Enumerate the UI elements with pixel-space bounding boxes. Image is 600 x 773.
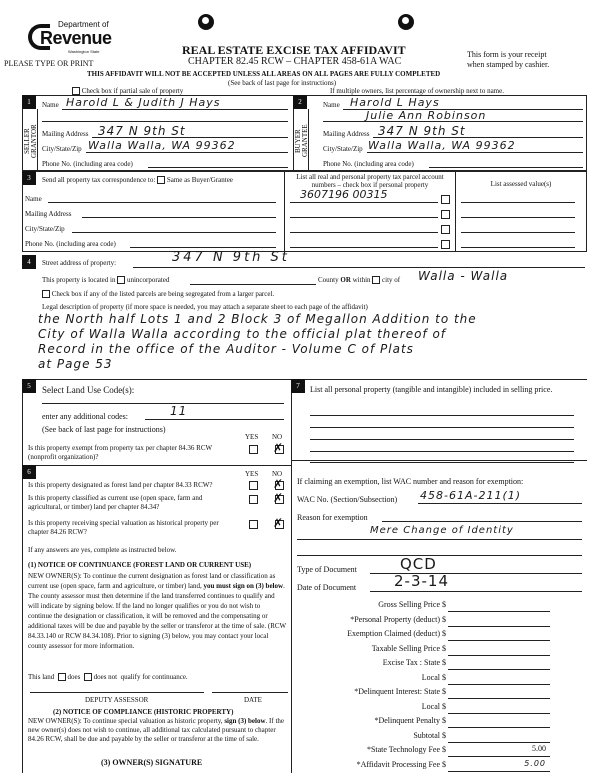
forest-no-check-icon: ✗ [273, 477, 283, 491]
fee-label: Exemption Claimed (deduct) [347, 629, 440, 638]
seller-name-value: Harold L & Judith J Hays [66, 96, 221, 109]
does-not-label: does not [94, 673, 118, 681]
this-land-label: This land [28, 673, 54, 681]
type-or-print: PLEASE TYPE OR PRINT [4, 59, 93, 68]
section-2-number: 2 [293, 95, 307, 109]
buyer-name-value: Harold L Hays [350, 96, 440, 109]
buyer-side-label: BUYER GRANTEE [293, 109, 309, 171]
fee-value: 5.00 [532, 744, 546, 753]
parcel-field-3[interactable] [290, 224, 438, 233]
county-field[interactable] [190, 275, 316, 285]
doc-date-value: 2-3-14 [394, 572, 449, 590]
buyer-phone-label: Phone No. (including area code) [323, 160, 414, 168]
correspondence-label: Send all property tax correspondence to: [42, 176, 155, 184]
historical-no-check-icon: ✗ [273, 516, 283, 530]
dor-logo: Department of Revenue Washington State [28, 20, 118, 54]
exempt-no-check-icon: ✗ [273, 441, 283, 455]
deputy-signature-line[interactable] [30, 692, 204, 693]
multiple-owners-note: If multiple owners, list percentage of o… [330, 87, 504, 95]
wac-label: WAC No. (Section/Subsection) [297, 495, 397, 504]
fee-row: Local$ [300, 700, 560, 714]
buyer-phone-field[interactable] [429, 158, 583, 168]
street-value: 347 N 9th St [172, 250, 290, 265]
seller-city-value: Walla Walla, WA 99362 [88, 139, 236, 152]
wac-value: 458-61A-211(1) [420, 489, 521, 502]
dollar-sign: $ [442, 629, 446, 638]
buyer-mailing-value: 347 N 9th St [378, 124, 466, 138]
section-4-number: 4 [22, 255, 36, 269]
parcel-col-divider [284, 171, 285, 252]
buyer-name-value-2: Julie Ann Robinson [366, 109, 486, 122]
buyer-mailing-label: Mailing Address [323, 130, 369, 138]
personal-property-line-1[interactable] [310, 408, 574, 416]
personal-property-line-4[interactable] [310, 444, 574, 452]
partial-sale-label: Check box if partial sale of property [82, 87, 183, 95]
doc-type-value: QCD [400, 555, 437, 573]
seller-mailing-label: Mailing Address [42, 130, 88, 138]
deputy-date-line[interactable] [212, 692, 288, 693]
fee-field[interactable] [448, 771, 550, 772]
parcel-value-1: 3607196 00315 [300, 188, 387, 201]
dollar-sign: $ [442, 760, 446, 769]
lower-frame-middle [291, 379, 292, 773]
county-label: County [318, 276, 339, 284]
parcel-field-4[interactable] [290, 239, 438, 248]
location-row: This property is located in unincorporat… [42, 276, 169, 284]
exempt-question: Is this property exempt from property ta… [28, 444, 228, 462]
form-chapter: CHAPTER 82.45 RCW – CHAPTER 458-61A WAC [188, 56, 401, 67]
seller-city-label: City/State/Zip [42, 145, 82, 153]
parcel-header-1: List all real and personal property tax … [287, 173, 453, 181]
deputy-date-label: DATE [244, 696, 262, 704]
doc-date-label: Date of Document [297, 583, 356, 592]
punch-hole-right [398, 14, 414, 30]
continuance-row: This land does does not qualify for cont… [28, 673, 188, 681]
correspondence-header: Send all property tax correspondence to:… [42, 176, 233, 184]
qualify-label: qualify for continuance. [121, 673, 188, 681]
fee-row: Taxable Selling Price$ [300, 642, 560, 656]
notice-2-body-bold: sign (3) below [224, 717, 265, 725]
assessed-field-1[interactable] [461, 194, 575, 203]
lower-frame-left [22, 379, 23, 773]
current-use-question: Is this property classified as current u… [28, 494, 233, 512]
parcel-personal-checkbox-1[interactable] [441, 195, 450, 204]
personal-property-line-5[interactable] [310, 455, 574, 463]
fee-row: *State Technology Fee$5.00 [300, 743, 560, 757]
dollar-sign: $ [442, 658, 446, 667]
historical-question: Is this property receiving special valua… [28, 519, 233, 537]
city-of-checkbox[interactable] [372, 276, 380, 284]
doc-type-label: Type of Document [297, 565, 357, 574]
corr-city-field[interactable] [72, 224, 276, 233]
fee-row: *Delinquent Interest: State$ [300, 685, 560, 699]
section-7-number: 7 [291, 379, 305, 393]
instructions-note: (See back of last page for instructions) [228, 79, 336, 87]
buyer-name-label: Name [323, 101, 340, 109]
fee-value: 5.00 [524, 759, 546, 768]
designation-yes-header: YES [245, 470, 258, 478]
personal-property-line-2[interactable] [310, 420, 574, 428]
city-of-value: Walla - Walla [418, 269, 508, 283]
assessed-field-3[interactable] [461, 224, 575, 233]
notice-2-body-a: NEW OWNER(S): To continue special valuat… [28, 717, 224, 725]
fee-row: Local$ [300, 671, 560, 685]
assessed-field-4[interactable] [461, 239, 575, 248]
corr-phone-field[interactable] [130, 239, 276, 248]
section-3-number: 3 [22, 171, 36, 185]
parcel-personal-checkbox-2[interactable] [441, 210, 450, 219]
land-use-instructions: (See back of last page for instructions) [42, 425, 166, 434]
section-1-number: 1 [22, 95, 36, 109]
corr-city-label: City/State/Zip [25, 225, 65, 233]
fee-row: *Delinquent Penalty$ [300, 714, 560, 728]
owner-signature-title: (3) OWNER(S) SIGNATURE [101, 758, 202, 767]
fee-row: Subtotal$ [300, 729, 560, 743]
fee-label: *State Technology Fee [367, 745, 440, 754]
corr-mailing-label: Mailing Address [25, 210, 71, 218]
fee-label: Local [422, 702, 440, 711]
assessed-field-2[interactable] [461, 209, 575, 218]
notice-1-body-bold: you must sign on (3) below [204, 582, 284, 590]
exempt-no-header: NO [272, 433, 282, 441]
does-qualify-checkbox[interactable] [58, 673, 66, 681]
logo-state: Washington State [68, 49, 99, 54]
section-6-top [22, 465, 291, 466]
notice-2-title: (2) NOTICE OF COMPLIANCE (HISTORIC PROPE… [53, 708, 233, 716]
seller-name-label: Name [42, 101, 59, 109]
legal-line-3: Record in the office of the Auditor - Vo… [38, 342, 477, 357]
logo-name: Revenue [40, 28, 112, 49]
segregated-checkbox[interactable] [42, 290, 50, 298]
dollar-sign: $ [442, 600, 446, 609]
dollar-sign: $ [442, 716, 446, 725]
parcel-field-2[interactable] [290, 209, 438, 218]
forest-yes-checkbox[interactable] [249, 481, 258, 490]
notice-1-body: NEW OWNER(S): To continue the current de… [28, 571, 286, 651]
exempt-yes-header: YES [245, 433, 258, 441]
reason-field-3[interactable] [297, 546, 582, 556]
reason-value: Mere Change of Identity [370, 525, 514, 536]
same-as-buyer-label: Same as Buyer/Grantee [167, 176, 233, 184]
buyer-city-label: City/State/Zip [323, 145, 363, 153]
segregated-label: Check box if any of the listed parcels a… [52, 290, 274, 298]
within-label: within [353, 276, 371, 284]
parcel-personal-checkbox-3[interactable] [441, 225, 450, 234]
punch-hole-left [198, 14, 214, 30]
parcel-header: List all real and personal property tax … [287, 173, 453, 189]
dollar-sign: $ [442, 745, 446, 754]
legal-line-1: the North half Lots 1 and 2 Block 3 of M… [38, 312, 477, 327]
dollar-sign: $ [442, 702, 446, 711]
assessed-col-divider [455, 171, 456, 252]
fee-label: *Delinquent Interest: State [354, 687, 440, 696]
land-use-label: Select Land Use Code(s): [42, 385, 134, 395]
notice-2-body: NEW OWNER(S): To continue special valuat… [28, 717, 286, 744]
fee-row: Excise Tax : State$ [300, 656, 560, 670]
notice-1-title: (1) NOTICE OF CONTINUANCE (FOREST LAND O… [28, 561, 251, 569]
section-5-number: 5 [22, 379, 36, 393]
legal-line-2: City of Walla Walla according to the off… [38, 327, 477, 342]
notice-1-body-b: . The county assessor must then determin… [28, 582, 286, 650]
dollar-sign: $ [442, 615, 446, 624]
personal-property-label: List all personal property (tangible and… [310, 384, 570, 395]
parcel-personal-checkbox-4[interactable] [441, 240, 450, 249]
located-label: This property is located in [42, 276, 115, 284]
does-label: does [68, 673, 81, 681]
forest-land-question: Is this property designated as forest la… [28, 481, 243, 489]
fee-row: *Affidavit Processing Fee$5.00 [300, 758, 560, 772]
reason-label: Reason for exemption [297, 513, 368, 522]
corr-phone-label: Phone No. (including area code) [25, 240, 116, 248]
personal-property-line-3[interactable] [310, 432, 574, 440]
fee-label: Local [422, 673, 440, 682]
additional-codes-label: enter any additional codes: [42, 412, 128, 421]
fee-label: *Affidavit Processing Fee [357, 760, 440, 769]
corr-mailing-field[interactable] [82, 209, 276, 218]
if-yes-note: If any answers are yes, complete as inst… [28, 546, 176, 554]
exempt-yes-checkbox[interactable] [249, 445, 258, 454]
seller-name-line-2[interactable] [42, 112, 288, 122]
dollar-sign: $ [442, 673, 446, 682]
same-as-buyer-checkbox[interactable] [157, 176, 165, 184]
segregated-row: Check box if any of the listed parcels a… [42, 290, 274, 298]
fee-label: Gross Selling Price [378, 600, 440, 609]
dollar-sign: $ [442, 731, 446, 740]
county-row: County OR within city of [318, 276, 400, 284]
seller-phone-label: Phone No. (including area code) [42, 160, 133, 168]
does-not-qualify-checkbox[interactable] [84, 673, 92, 681]
additional-codes-value: 11 [170, 404, 187, 418]
dollar-sign: $ [442, 687, 446, 696]
corr-name-label: Name [25, 195, 42, 203]
fee-row: *Personal Property (deduct)$ [300, 613, 560, 627]
seller-phone-field[interactable] [148, 158, 288, 168]
buyer-city-value: Walla Walla, WA 99362 [368, 139, 516, 152]
unincorporated-checkbox[interactable] [117, 276, 125, 284]
historical-yes-checkbox[interactable] [249, 520, 258, 529]
receipt-note-1: This form is your receipt [467, 50, 547, 59]
legal-label: Legal description of property (if more s… [42, 303, 368, 311]
street-label: Street address of property: [42, 259, 116, 267]
or-label: OR [340, 276, 351, 284]
fee-row: Exemption Claimed (deduct)$ [300, 627, 560, 641]
legal-line-4: at Page 53 [38, 357, 477, 372]
fee-label: *Personal Property (deduct) [350, 615, 440, 624]
city-of-label: city of [382, 276, 400, 284]
unincorporated-label: unincorporated [127, 276, 169, 284]
seller-side-label: SELLER GRANTOR [22, 109, 38, 171]
legal-description: the North half Lots 1 and 2 Block 3 of M… [38, 312, 477, 372]
section-6-number: 6 [22, 465, 36, 479]
seller-mailing-value: 347 N 9th St [98, 124, 186, 138]
corr-name-field[interactable] [48, 194, 276, 203]
current-use-no-check-icon: ✗ [273, 491, 283, 505]
grantee-label: GRANTEE [301, 125, 309, 158]
fee-label: Excise Tax : State [383, 658, 440, 667]
fee-row: Gross Selling Price$ [300, 598, 560, 612]
current-use-yes-checkbox[interactable] [249, 495, 258, 504]
additional-codes-field[interactable] [145, 410, 284, 420]
reason-field[interactable] [382, 512, 582, 522]
fee-label: Taxable Selling Price [372, 644, 440, 653]
land-use-field[interactable] [42, 396, 284, 404]
deputy-assessor-label: DEPUTY ASSESSOR [85, 696, 148, 704]
fee-label: *Delinquent Penalty [374, 716, 440, 725]
fee-label: Subtotal [413, 731, 440, 740]
dollar-sign: $ [442, 644, 446, 653]
exemption-claim-label: If claiming an exemption, list WAC numbe… [297, 477, 523, 486]
receipt-note-2: when stamped by cashier. [467, 60, 549, 69]
assessed-header: List assessed value(s) [457, 180, 585, 188]
grantor-label: GRANTOR [30, 124, 38, 158]
warning-text: THIS AFFIDAVIT WILL NOT BE ACCEPTED UNLE… [87, 70, 440, 78]
